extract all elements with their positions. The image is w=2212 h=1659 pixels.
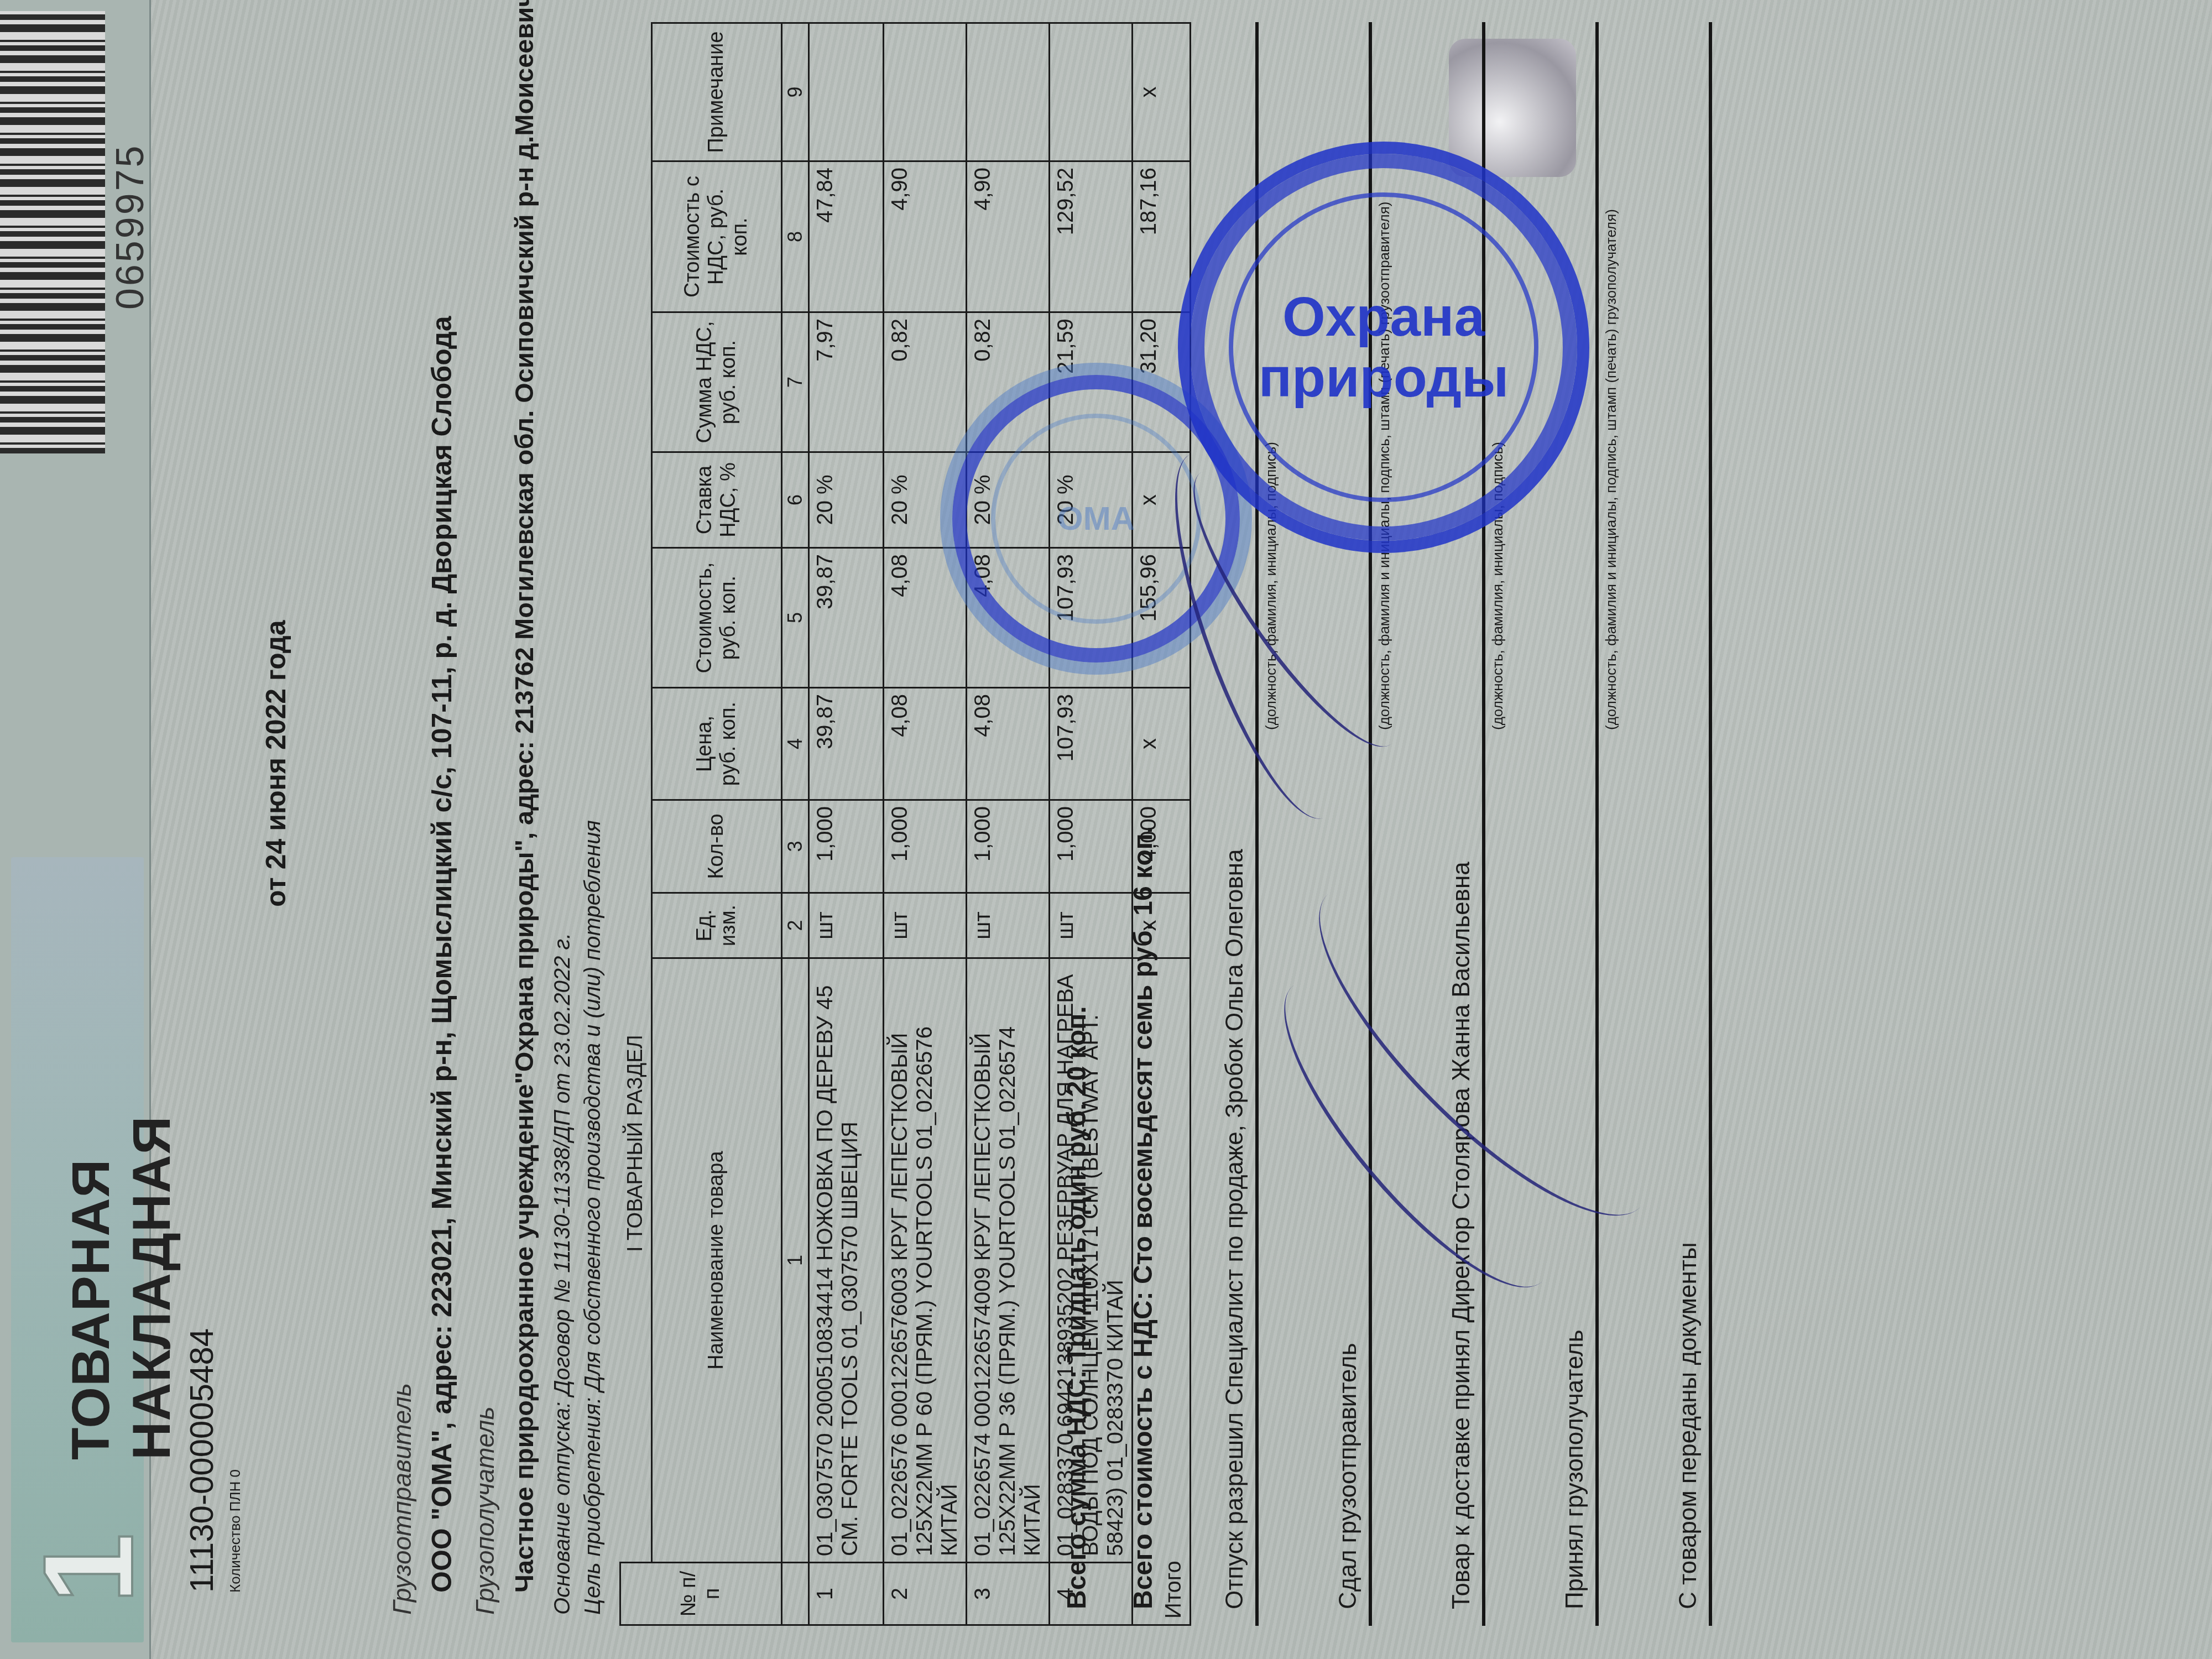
col-header-name: Наименование товара [651,958,781,1563]
cell-cost-with-vat: 4,90 [966,161,1049,312]
cell-qty: 1,000 [883,800,966,893]
cell-cost-with-vat: 47,84 [808,161,883,312]
col-header-n: № п/п [620,1563,782,1625]
purpose: Цель приобретения: Для собственного прои… [581,820,606,1615]
title-band: 1 ТОВАРНАЯ НАКЛАДНАЯ [11,857,144,1642]
col-header-cost: Стоимость, руб. коп. [651,548,781,688]
cell-note [883,23,966,161]
section-title: I ТОВАРНЫЙ РАЗДЕЛ [620,23,652,1563]
total-cost-with-vat: 187,16 [1132,161,1190,312]
col-index: 6 [781,452,808,548]
col-index: 9 [781,23,808,161]
cell-name: 01_0307570 2000510834414 НОЖОВКА ПО ДЕРЕ… [808,958,883,1563]
cell-cost-with-vat: 4,90 [883,161,966,312]
cell-qty: 1,000 [1049,800,1132,893]
signature-label: Отпуск разрешил Специалист по продаже, З… [1221,849,1249,1609]
col-header-qty: Кол-во [651,800,781,893]
table-row: 301_0226574 0001226574009 КРУГ ЛЕПЕСТКОВ… [966,23,1049,1625]
cell-qty: 1,000 [966,800,1049,893]
cell-name: 01_0226576 0001226576003 КРУГ ЛЕПЕСТКОВЫ… [883,958,966,1563]
stamp-ring [1229,192,1538,502]
signature-row: С товаром переданы документы [1637,22,1712,1626]
column-index-row: 1 2 3 4 5 6 7 8 9 [781,23,808,1625]
cell-unit: шт [966,893,1049,958]
signature-label: С товаром переданы документы [1674,1242,1702,1609]
table-row: 201_0226576 0001226576003 КРУГ ЛЕПЕСТКОВ… [883,23,966,1625]
cell-price: 4,08 [966,688,1049,800]
col-index: 8 [781,161,808,312]
table-row: 101_0307570 2000510834414 НОЖОВКА ПО ДЕР… [808,23,883,1625]
waybill-page: 1 ТОВАРНАЯ НАКЛАДНАЯ 0659975 11130-00000… [0,0,2212,1659]
col-header-price: Цена, руб. коп. [651,688,781,800]
col-index: 1 [781,958,808,1563]
cell-vat-sum: 0,82 [883,312,966,452]
cell-price: 107,93 [1049,688,1132,800]
cell-price: 4,08 [883,688,966,800]
document-date: от 24 июня 2022 года [260,620,292,907]
col-index: 7 [781,312,808,452]
consignee: Частное природоохранное учреждение"Охран… [509,0,539,1593]
basis: Основание отпуска: Договор № 11130-11338… [550,933,575,1615]
header-band: 1 ТОВАРНАЯ НАКЛАДНАЯ 0659975 [0,0,151,1659]
col-index: 4 [781,688,808,800]
cell-note [966,23,1049,161]
col-index: 5 [781,548,808,688]
quantity-note: Количество ПЛН 0 [227,1469,244,1593]
shipper-label: Грузоотправитель [387,1383,417,1615]
signature-label: Сдал грузоотправитель [1334,1343,1362,1609]
barcode-number: 0659975 [108,143,152,310]
cell-unit: шт [808,893,883,958]
shipper: ООО "ОМА", адрес: 223021, Минский р-н, Щ… [426,316,458,1593]
col-header-vat-sum: Сумма НДС, руб. коп. [651,312,781,452]
cell-n: 1 [808,1563,883,1625]
goods-table: № п/п I ТОВАРНЫЙ РАЗДЕЛ Наименование тов… [619,22,1191,1626]
col-header-unit: Ед. изм. [651,893,781,958]
cell-note [1049,23,1132,161]
cell-cost-with-vat: 129,52 [1049,161,1132,312]
cell-note [808,23,883,161]
total-note: х [1132,23,1190,161]
cell-unit: шт [883,893,966,958]
cell-n: 3 [966,1563,1049,1625]
vat-total: Всего сумма НДС: Тридцать один руб. 20 к… [1062,1006,1092,1609]
cell-vat-sum: 7,97 [808,312,883,452]
signature-caption: (должность, фамилия и инициалы, подпись,… [1603,209,1620,730]
cell-price: 39,87 [808,688,883,800]
stamp-ring [991,414,1201,624]
col-index [781,1563,808,1625]
cell-qty: 1,000 [808,800,883,893]
cost-total: Всего стоимость с НДС: Сто восемьдесят с… [1128,826,1159,1609]
col-header-note: Примечание [651,23,781,161]
cell-cost: 39,87 [808,548,883,688]
col-index: 2 [781,893,808,958]
barcode-icon [0,11,105,453]
consignee-label: Грузополучатель [470,1406,500,1615]
col-header-vat-rate: Ставка НДС, % [651,452,781,548]
signature-label: Принял грузополучатель [1561,1329,1589,1609]
document-number: 11130-000005484 [182,1328,221,1593]
cell-vat-rate: 20 % [808,452,883,548]
cell-name: 01_0226574 0001226574009 КРУГ ЛЕПЕСТКОВЫ… [966,958,1049,1563]
document-title: ТОВАРНАЯ НАКЛАДНАЯ [61,857,182,1460]
col-index: 3 [781,800,808,893]
cell-unit: шт [1049,893,1132,958]
total-price: х [1132,688,1190,800]
col-header-cost-with-vat: Стоимость с НДС, руб. коп. [651,161,781,312]
copy-number: 1 [33,1533,144,1604]
cell-n: 2 [883,1563,966,1625]
